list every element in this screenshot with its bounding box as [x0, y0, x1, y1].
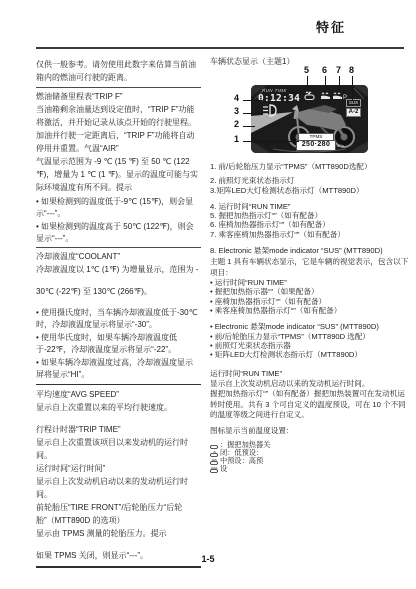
callout-line-6: [325, 76, 326, 92]
heater-legend-line: 中预设：高预: [210, 457, 409, 465]
callout-line-8: [352, 76, 353, 101]
section-divider: [36, 87, 201, 88]
run-time-body: 显示自上次发动机启动以来的发动机运行时间。: [210, 379, 409, 389]
coolant-body-2: 30℃ (-22℉) 至 130℃ (266℉)。: [36, 285, 201, 298]
air-bullet-high: • 如果检测到的温度高于 50℃ (122℉)，则会显示“---”。: [36, 221, 201, 244]
theme1-intro: 主题 1 具有车辆状态显示，它是车辆的视觉表示，包含以下项目：: [210, 257, 409, 278]
callout-6: 6: [322, 65, 327, 75]
heater-legend-line: 设: [210, 465, 409, 473]
tpms-pressure-value: 250·280: [296, 140, 336, 151]
seat-heater-icon: [320, 91, 331, 100]
coolant-bullet-hi: • 如果车辆冷却液温度过高，冷却液温度显示屏将显示“HI”。: [36, 357, 201, 380]
callout-line-2: [243, 126, 255, 127]
feature-bullet: • 前/后轮胎压力显示“TPMS”（MTT890D 选配）: [210, 332, 409, 341]
manual-page: 特征 仅供一般参考。请勿使用此数字来估算当前油箱内的燃油可行驶的距离。 燃油储备…: [0, 0, 416, 589]
callout-1: 1: [234, 134, 239, 144]
coolant-heading: 冷却液温度“COOLANT”: [36, 250, 201, 263]
suspension-mode-indicator: SUS A-2: [346, 99, 361, 117]
feature-bullet: • 座椅加热器指示灯“”（如有配备）: [210, 297, 409, 306]
tft-display-illustration: RUN TIME 0:12:34 P SUS A-2 TPMS 250·280 …: [251, 85, 368, 153]
run-time-heading: 运行时间“运行时间”: [36, 462, 201, 475]
feature-bullet: • 矩阵LED大灯检测状态指示灯（MTT890D）: [210, 350, 409, 359]
callout-line-3: [243, 113, 263, 114]
callout-8: 8: [349, 65, 354, 75]
air-body: 气温显示范围为 -9 ℃ (15 ℉) 至 50 ℃ (122 ℉)，增量为 1…: [36, 155, 201, 194]
tpms-unit: kPa: [337, 143, 344, 148]
air-bullet-low: • 如果检测到的温度低于-9℃ (15℉)，则会显示“---”。: [36, 196, 201, 219]
trip-f-heading: 燃油储备里程表“TRIP F”: [36, 90, 201, 103]
feature-bullet: • 握把加热指示器“”（如果配备）: [210, 287, 409, 296]
vehicle-status-title: 车辆状态显示（主题1）: [210, 56, 409, 67]
callout-line-1: [243, 141, 299, 142]
callout-4: 4: [234, 93, 239, 103]
grip-heater-mid-icon: [210, 458, 218, 466]
callout-2: 2: [234, 119, 239, 129]
right-column-body: 1. 前/后轮胎压力显示“TPMS”（MTT890D选配） 2. 前照灯光束状态…: [210, 162, 409, 473]
coolant-bullet-fahrenheit: • 使用华氏度时，如果车辆冷却液温度低于-22℉，冷却液温度显示将显示“-22”…: [36, 332, 201, 355]
legend-item-3: 3.矩阵LED大灯检测状态指示灯（MTT890D）: [210, 186, 409, 195]
page-title: 特征: [303, 17, 359, 36]
passenger-seat-heater-icon: P: [332, 91, 347, 100]
heater-legend-text: 设: [220, 465, 227, 473]
grip-heater-icon: [304, 89, 315, 101]
coolant-bullet-celsius: • 使用摄氏度时，当车辆冷却液温度低于-30℃时，冷却液温度显示将显示“-30”…: [36, 307, 201, 330]
callout-3: 3: [234, 106, 239, 116]
left-column: 仅供一般参考。请勿使用此数字来估算当前油箱内的燃油可行驶的距离。 燃油储备里程表…: [36, 58, 201, 570]
sus-label: SUS: [346, 99, 361, 107]
run-time-heading: 运行时间“RUN TIME”: [210, 369, 409, 379]
legend-item-8: 8. Electronic 悬架mode indicator “SUS” (MT…: [210, 246, 409, 255]
legend-item-6: 6. 座椅加热器指示灯“”（如有配备）: [210, 220, 409, 229]
legend-item-2: 2. 前照灯光束状态指示灯: [210, 176, 409, 185]
callout-line-4: [243, 100, 262, 101]
heater-icon-legend: ：握把加热器关 闭：低预设： 中预设：高预 设: [210, 441, 409, 473]
callout-line-5: [307, 76, 308, 90]
grip-heater-off-icon: [210, 442, 218, 450]
high-beam-icon: [262, 104, 277, 117]
section-divider-thick: [36, 566, 201, 568]
grip-heater-high-icon: [210, 466, 218, 474]
feature-bullet: • Electronic 悬架mode indicator “SUS” (MTT…: [210, 322, 409, 331]
legend-item-1: 1. 前/后轮胎压力显示“TPMS”（MTT890D选配）: [210, 162, 409, 171]
coolant-body-1: 冷却液温度以 1℃ (1℉) 为增量显示，范围为 -: [36, 263, 201, 276]
icon-setting-intro: 图标显示当前温度设置：: [210, 426, 409, 436]
run-time-value: 0:12:34: [258, 93, 300, 104]
tire-heading: 前轮胎压“TIRE FRONT”/后轮胎压力“后轮胎”（MTT890D 的选项）: [36, 501, 201, 527]
callout-5: 5: [304, 65, 309, 75]
trip-time-body: 显示自上次重置该项目以来发动机的运行时间。: [36, 436, 201, 462]
callout-line-7: [339, 76, 340, 92]
page-number: 1-5: [0, 554, 416, 564]
sus-mode-value: A-2: [346, 108, 361, 117]
legend-item-4: 4. 运行时间“RUN TIME”: [210, 202, 409, 211]
avg-speed-body: 显示自上次重置以来的平均行驶速度。: [36, 401, 201, 414]
legend-item-7: 7. 乘客座椅加热器指示灯“”（如有配备）: [210, 230, 409, 239]
section-divider: [36, 384, 201, 385]
tire-body: 显示由 TPMS 测量的轮胎压力。提示: [36, 527, 201, 540]
feature-bullet: • 乘客座椅加热器指示灯“”（如有配备）: [210, 306, 409, 315]
run-time-body: 显示自上次发动机启动以来的发动机运行时间。: [36, 475, 201, 501]
trip-time-heading: 行程计时器“TRIP TIME”: [36, 423, 201, 436]
feature-bullet: • 前照灯光束状态指示器: [210, 341, 409, 350]
grip-heater-paragraph: 握把加热指示灯“”（如有配备）握把加热装置可在发动机运转时使用。共有 3 个可自…: [210, 389, 409, 420]
section-divider: [36, 247, 201, 248]
intro-paragraph: 仅供一般参考。请勿使用此数字来估算当前油箱内的燃油可行驶的距离。: [36, 58, 201, 84]
grip-heater-low-icon: [210, 450, 218, 458]
trip-f-body: 当油箱剩余油量达到设定值时，“TRIP F”功能将激活，并开始记录从该点开始的行…: [36, 103, 201, 155]
callout-7: 7: [336, 65, 341, 75]
header-rule: [36, 47, 404, 49]
avg-speed-heading: 平均速度“AVG SPEED”: [36, 388, 201, 401]
